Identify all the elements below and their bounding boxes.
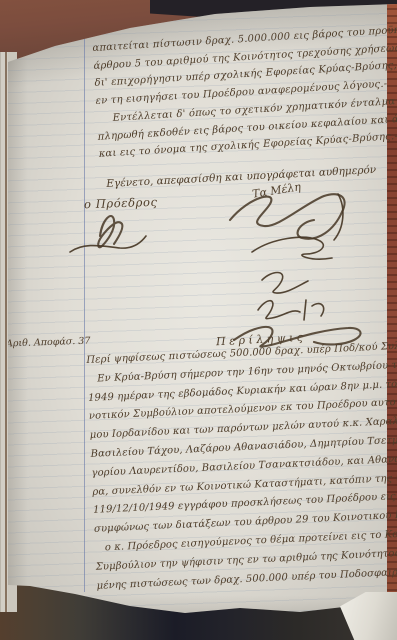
page-stack-edge-line: [5, 52, 7, 612]
ledger-page: 88 απαιτείται πίστωσιν δραχ. 5.000.000 ε…: [0, 0, 397, 640]
president-signature: [62, 202, 172, 257]
margin-rule-line: [84, 30, 85, 592]
summary-text-block: Περί ψηφίσεως πιστώσεως 500.000 δραχ. υπ…: [86, 338, 397, 596]
members-signatures: [218, 188, 383, 353]
ledger-page-photo: 88 απαιτείται πίστωσιν δραχ. 5.000.000 ε…: [0, 0, 397, 640]
page-number: 88: [42, 10, 72, 39]
decision-text-block: απαιτείται πίστωσιν δραχ. 5.000.000 εις …: [92, 22, 397, 163]
